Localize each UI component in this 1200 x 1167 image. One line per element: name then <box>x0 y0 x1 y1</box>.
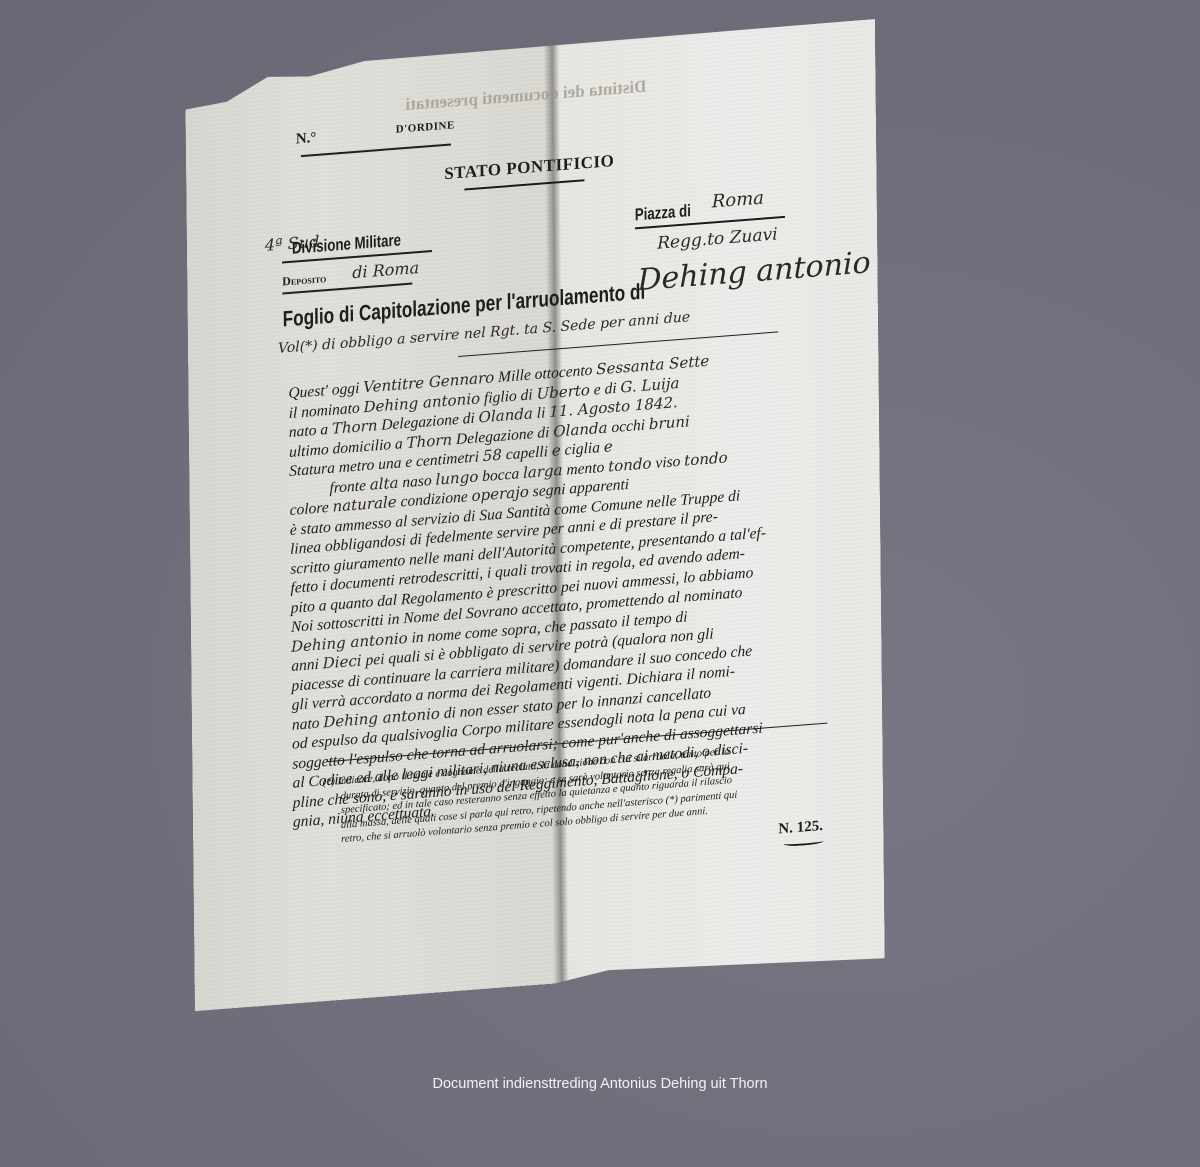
body-line: scritto giuramento nelle mani dell'Autor… <box>290 519 820 579</box>
body-line: od espulso da qualsivoglia Corpo militar… <box>292 694 822 754</box>
title-ornament <box>464 179 584 198</box>
recruit-name: Dehing antonio <box>637 245 870 298</box>
piazza-label: Piazza di <box>635 201 691 225</box>
body-line: è stato ammesso al servizio di Sua Santi… <box>290 480 820 540</box>
footnote-line: specificato; ed in tale caso resteranno … <box>323 765 843 819</box>
footnote-line: retro, che si arruolò volontario senza p… <box>323 794 843 848</box>
divisione-handwritten: 4ª Sud <box>265 232 320 255</box>
document-photo: Distinta dei documenti presentati N.° D'… <box>0 0 1200 1167</box>
body-line: Noi sottoscritti in Nome del Sovrano acc… <box>291 577 821 637</box>
footnote: (*) Indicare, dopo il nome e cognome del… <box>322 736 843 848</box>
body-line: linea obbligandosi di fedelmente servire… <box>290 499 820 559</box>
divisione-rule <box>282 250 432 264</box>
body-line: gnia, niuna eccettuata. <box>293 772 823 832</box>
regiment-handwritten: Regg.to Zuavi <box>657 224 778 253</box>
divisione-label: Divisione Militare <box>292 230 401 258</box>
enlistment-document: Distinta dei documenti presentati N.° D'… <box>185 19 885 1011</box>
footnote-line: alla massa, delle quali cose si parla qu… <box>323 780 843 834</box>
body-line: soggetto l'espulso che torna ad arruolar… <box>292 714 822 774</box>
footnote-line: (*) Indicare, dopo il nome e cognome del… <box>322 736 842 790</box>
piazza-rule <box>635 216 785 230</box>
number-label: N.° <box>296 130 317 149</box>
body-line: Quest' oggi Ventitre Gennaro Mille ottoc… <box>288 343 818 403</box>
body-text: Quest' oggi Ventitre Gennaro Mille ottoc… <box>288 343 823 832</box>
deposito-rule <box>282 283 412 295</box>
footnote-rule <box>327 723 827 762</box>
mirrored-bleed-text: Distinta dei documenti presentati <box>405 77 646 116</box>
body-line: Dehing antonio in nome come sopra, che p… <box>291 597 821 657</box>
body-line: anni Dieci pei quali si è obbligato di s… <box>291 616 821 676</box>
document-title: STATO PONTIFICIO <box>444 151 614 184</box>
body-line: pito a quanto dal Regolamento è prescrit… <box>291 558 821 618</box>
form-number-ornament <box>784 838 824 847</box>
body-line: colore naturale condizione operajo segni… <box>290 460 820 520</box>
body-line: fetto i documenti retrodescritti, i qual… <box>290 538 820 598</box>
separator-rule <box>458 331 778 357</box>
number-rule <box>301 144 451 158</box>
body-line: nato Dehing antonio di non esser stato p… <box>292 675 822 735</box>
deposito-label: Deposito <box>282 271 326 289</box>
foglio-label: Foglio di Capitolazione per l'arruolamen… <box>283 279 646 333</box>
body-line: Statura metro una e centimetri 58 capell… <box>289 421 819 481</box>
order-label: D'ORDINE <box>396 119 455 136</box>
body-line: piacesse di continuare la carriera milit… <box>291 636 821 696</box>
piazza-value: Roma <box>712 187 764 212</box>
form-number: N. 125. <box>778 818 823 838</box>
body-line: gli verrà accordato a norma dei Regolame… <box>292 655 822 715</box>
body-line: nato a Thorn Delegazione di Olanda li 11… <box>289 382 819 442</box>
body-line: il nominato Dehing antonio figlio di Ube… <box>289 363 819 423</box>
document-content: Distinta dei documenti presentati N.° D'… <box>185 19 885 1011</box>
foglio-line2: Vol(*) di obbligo a servire nel Rgt. ta … <box>278 309 690 357</box>
body-line: al Codice ed alle leggi militari, niuna … <box>292 733 822 793</box>
photo-caption: Document indiensttreding Antonius Dehing… <box>0 1076 1200 1092</box>
footnote-line: durata di servizio, quanto del premio d'… <box>323 751 843 805</box>
deposito-value: di Roma <box>352 258 419 282</box>
body-line: pline che sono, e saranno in uso del Reg… <box>293 753 823 813</box>
body-line: fronte alta naso lungo bocca larga mento… <box>289 441 819 501</box>
body-line: ultimo domicilio a Thorn Delegazione di … <box>289 402 819 462</box>
